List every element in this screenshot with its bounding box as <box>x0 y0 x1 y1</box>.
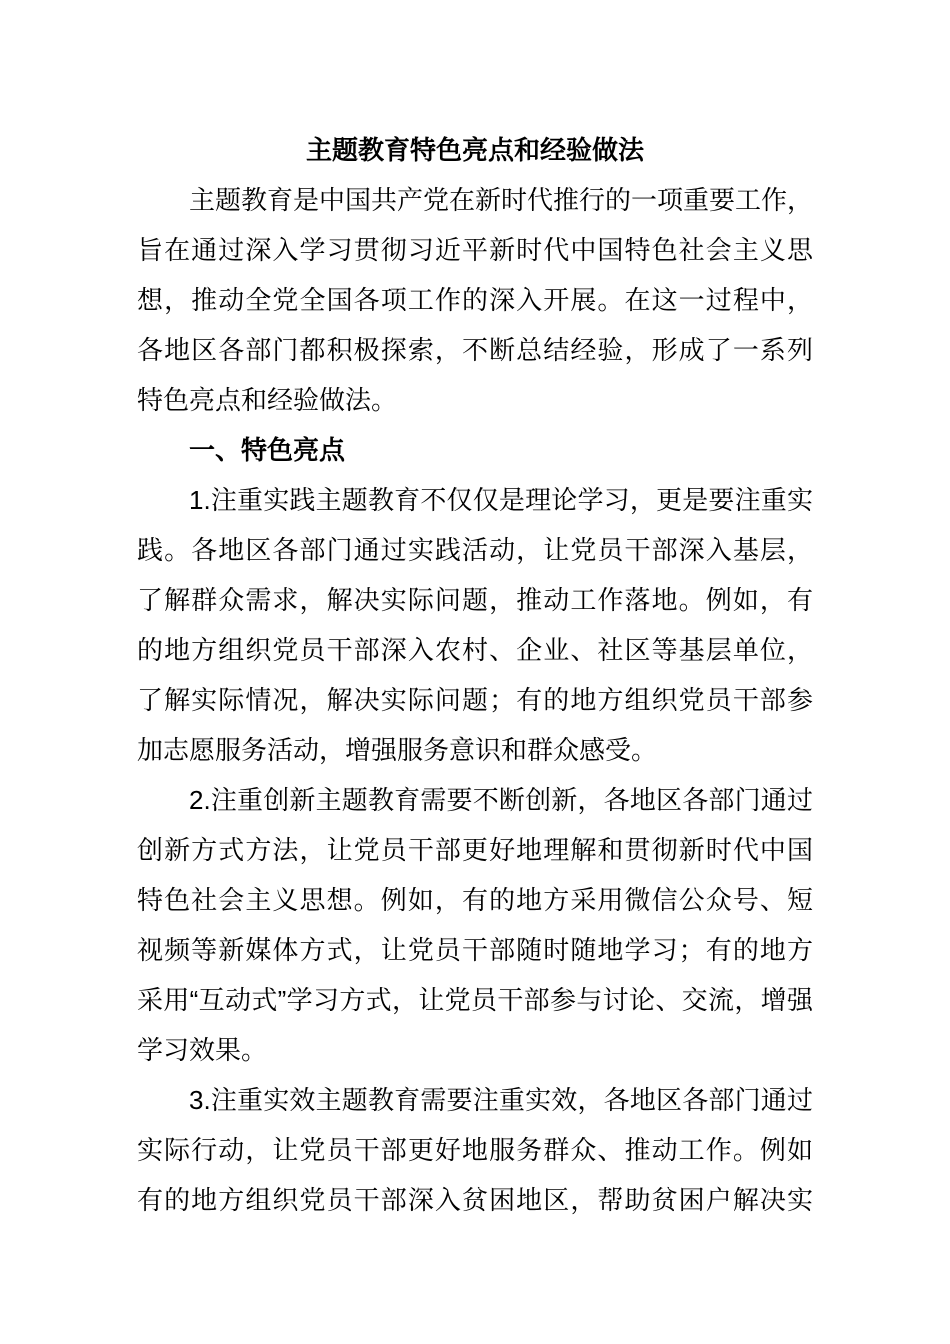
document-content: 主题教育特色亮点和经验做法主题教育是中国共产党在新时代推行的一项重要工作，旨在通… <box>137 125 813 1225</box>
paragraph-line: 特色社会主义思想。例如，有的地方采用微信公众号、短 <box>137 875 813 925</box>
paragraph-point-3: 3.注重实效主题教育需要注重实效，各地区各部门通过实际行动，让党员干部更好地服务… <box>137 1075 813 1225</box>
paragraph-point-2: 2.注重创新主题教育需要不断创新，各地区各部门通过创新方式方法，让党员干部更好地… <box>137 775 813 1075</box>
section-heading-text: 一、特色亮点 <box>137 425 813 475</box>
paragraph-point-1: 1.注重实践主题教育不仅仅是理论学习，更是要注重实践。各地区各部门通过实践活动，… <box>137 475 813 775</box>
paragraph-line: 创新方式方法，让党员干部更好地理解和贯彻新时代中国 <box>137 825 813 875</box>
paragraph-line: 1.注重实践主题教育不仅仅是理论学习，更是要注重实 <box>137 475 813 525</box>
paragraph-line: 想，推动全党全国各项工作的深入开展。在这一过程中， <box>137 275 813 325</box>
paragraph-line: 有的地方组织党员干部深入贫困地区，帮助贫困户解决实 <box>137 1175 813 1225</box>
document-title: 主题教育特色亮点和经验做法 <box>137 125 813 175</box>
document-page: 主题教育特色亮点和经验做法主题教育是中国共产党在新时代推行的一项重要工作，旨在通… <box>0 0 950 1344</box>
paragraph-line: 主题教育是中国共产党在新时代推行的一项重要工作， <box>137 175 813 225</box>
paragraph-line: 学习效果。 <box>137 1025 813 1075</box>
paragraph-line: 的地方组织党员干部深入农村、企业、社区等基层单位， <box>137 625 813 675</box>
paragraph-line: 了解实际情况，解决实际问题；有的地方组织党员干部参 <box>137 675 813 725</box>
paragraph-line: 加志愿服务活动，增强服务意识和群众感受。 <box>137 725 813 775</box>
paragraph-line: 旨在通过深入学习贯彻习近平新时代中国特色社会主义思 <box>137 225 813 275</box>
section-heading-1: 一、特色亮点 <box>137 425 813 475</box>
paragraph-line: 实际行动，让党员干部更好地服务群众、推动工作。例如 <box>137 1125 813 1175</box>
paragraph-line: 特色亮点和经验做法。 <box>137 375 813 425</box>
paragraph-line: 各地区各部门都积极探索，不断总结经验，形成了一系列 <box>137 325 813 375</box>
paragraph-line: 视频等新媒体方式，让党员干部随时随地学习；有的地方 <box>137 925 813 975</box>
paragraph-line: 了解群众需求，解决实际问题，推动工作落地。例如，有 <box>137 575 813 625</box>
paragraph-line: 2.注重创新主题教育需要不断创新，各地区各部门通过 <box>137 775 813 825</box>
paragraph-line: 采用“互动式”学习方式，让党员干部参与讨论、交流，增强 <box>137 975 813 1025</box>
paragraph-line: 践。各地区各部门通过实践活动，让党员干部深入基层， <box>137 525 813 575</box>
document-title-text: 主题教育特色亮点和经验做法 <box>137 125 813 175</box>
paragraph-line: 3.注重实效主题教育需要注重实效，各地区各部门通过 <box>137 1075 813 1125</box>
paragraph-intro: 主题教育是中国共产党在新时代推行的一项重要工作，旨在通过深入学习贯彻习近平新时代… <box>137 175 813 425</box>
